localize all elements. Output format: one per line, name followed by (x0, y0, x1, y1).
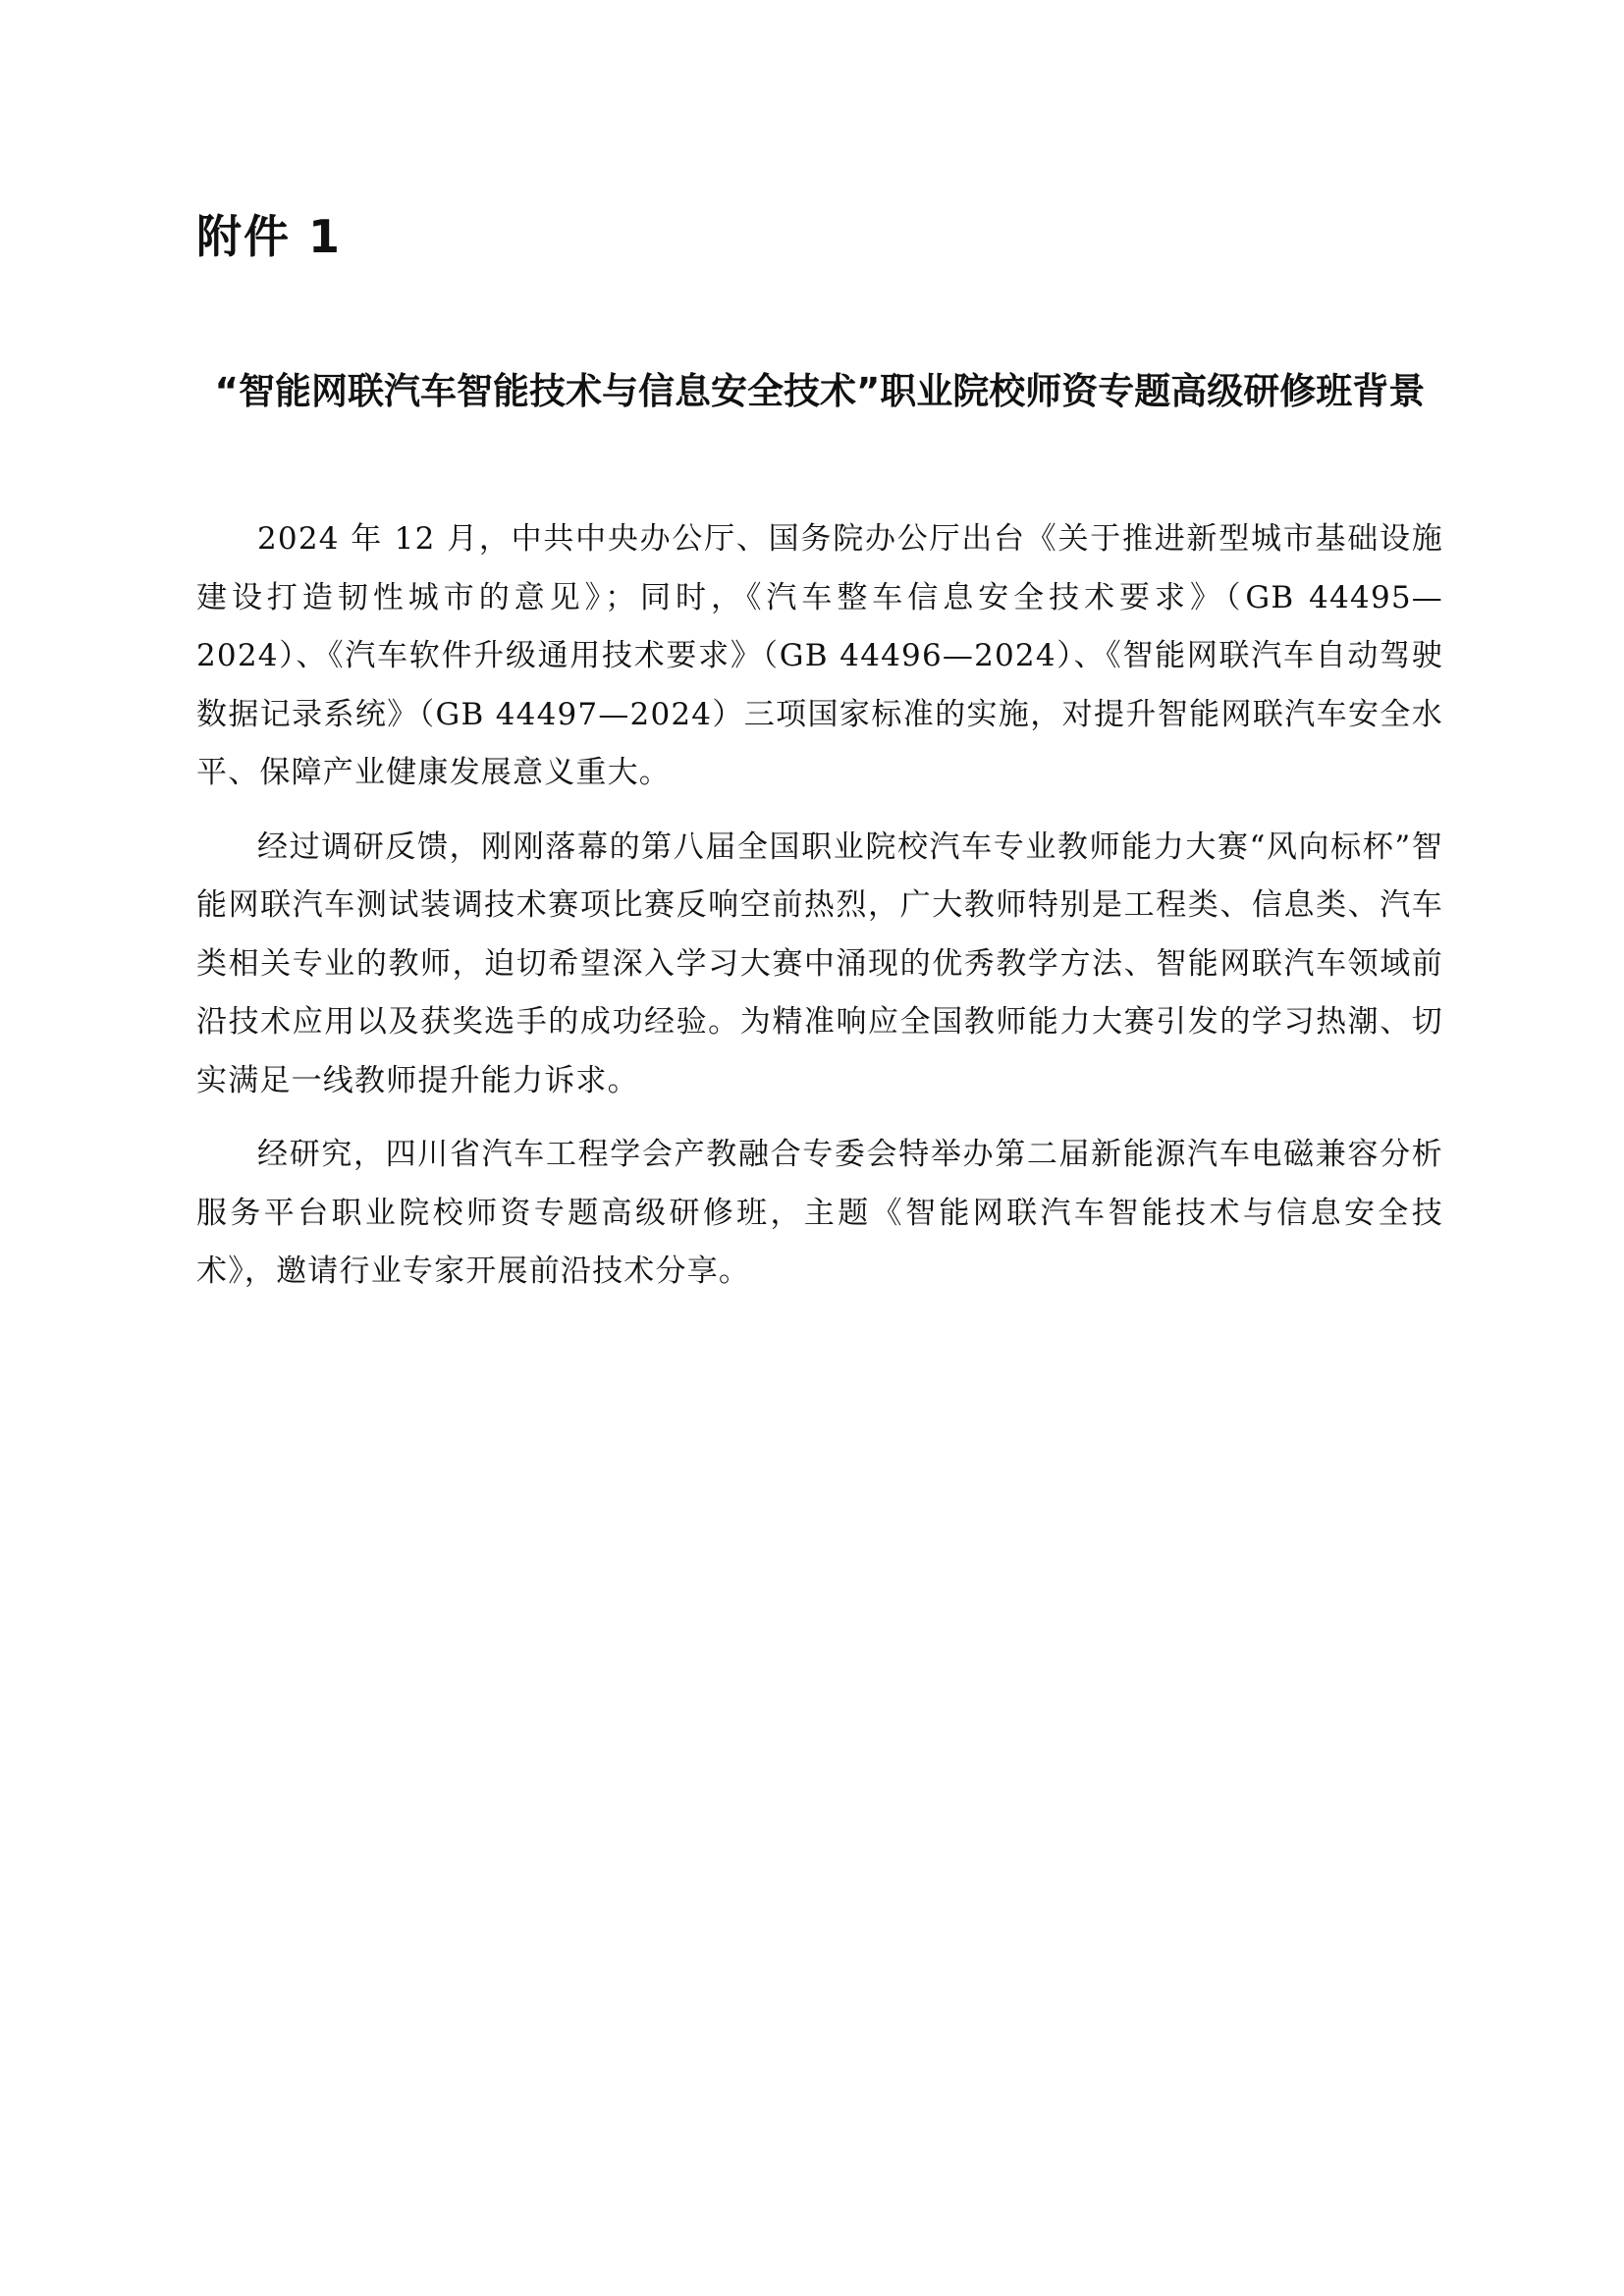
paragraph-decision: 经研究，四川省汽车工程学会产教融合专委会特举办第二届新能源汽车电磁兼容分析服务平… (196, 1126, 1443, 1302)
document-body: 2024 年 12 月，中共中央办公厅、国务院办公厅出台《关于推进新型城市基础设… (196, 510, 1443, 1317)
paragraph-research-feedback: 经过调研反馈，刚刚落幕的第八届全国职业院校汽车专业教师能力大赛“风向标杯”智能网… (196, 819, 1443, 1111)
document-title: “智能网联汽车智能技术与信息安全技术”职业院校师资专题高级研修班背景 (196, 361, 1443, 414)
paragraph-background: 2024 年 12 月，中共中央办公厅、国务院办公厅出台《关于推进新型城市基础设… (196, 510, 1443, 803)
attachment-label: 附件 1 (196, 201, 342, 266)
